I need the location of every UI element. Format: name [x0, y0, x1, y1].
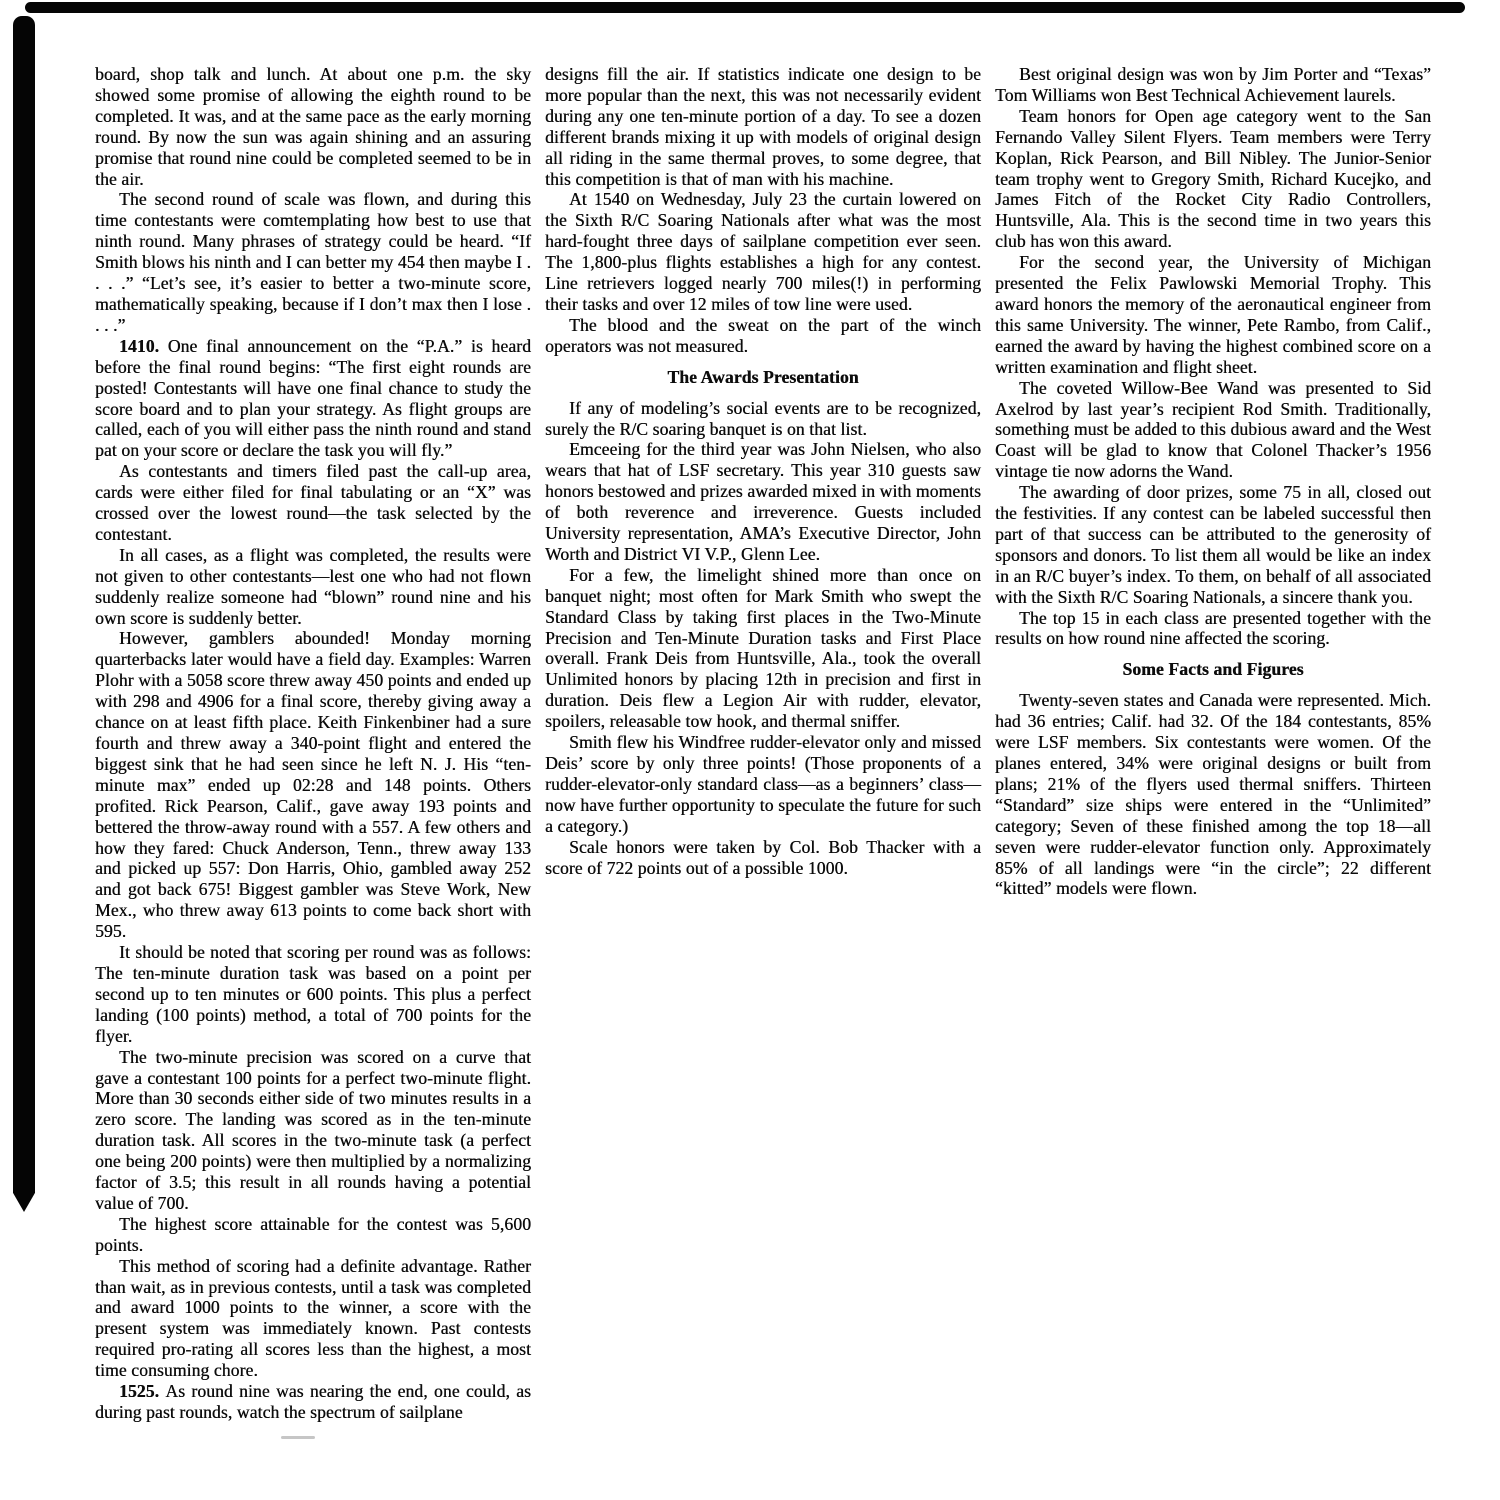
- article-body: board, shop talk and lunch. At about one…: [95, 64, 1437, 1423]
- paragraph: If any of modeling’s social events are t…: [545, 398, 981, 440]
- paragraph: Smith flew his Windfree rudder-elevator …: [545, 732, 981, 837]
- paragraph: Emceeing for the third year was John Nie…: [545, 439, 981, 564]
- paragraph: The two-minute precision was scored on a…: [95, 1047, 531, 1214]
- paragraph: It should be noted that scoring per roun…: [95, 942, 531, 1047]
- paragraph-lead: 1410.: [119, 336, 168, 356]
- paragraph: The awarding of door prizes, some 75 in …: [995, 482, 1431, 607]
- paragraph: At 1540 on Wednesday, July 23 the curtai…: [545, 189, 981, 314]
- paragraph: designs fill the air. If statistics indi…: [545, 64, 981, 189]
- text-column-3: Best original design was won by Jim Port…: [995, 64, 1431, 1423]
- paragraph: Team honors for Open age category went t…: [995, 106, 1431, 252]
- paragraph: This method of scoring had a definite ad…: [95, 1256, 531, 1381]
- paragraph: 1525. As round nine was nearing the end,…: [95, 1381, 531, 1423]
- section-heading: Some Facts and Figures: [995, 659, 1431, 680]
- section-heading: The Awards Presentation: [545, 367, 981, 388]
- paragraph: The coveted Willow-Bee Wand was presente…: [995, 378, 1431, 483]
- magazine-page: board, shop talk and lunch. At about one…: [0, 0, 1500, 1500]
- text-column-2: designs fill the air. If statistics indi…: [545, 64, 981, 1423]
- paragraph: Best original design was won by Jim Port…: [995, 64, 1431, 106]
- paragraph: The second round of scale was flown, and…: [95, 189, 531, 335]
- paragraph: For a few, the limelight shined more tha…: [545, 565, 981, 732]
- paragraph: Scale honors were taken by Col. Bob Thac…: [545, 837, 981, 879]
- paragraph: board, shop talk and lunch. At about one…: [95, 64, 531, 189]
- paragraph: For the second year, the University of M…: [995, 252, 1431, 377]
- paragraph: As contestants and timers filed past the…: [95, 461, 531, 545]
- paragraph: The highest score attainable for the con…: [95, 1214, 531, 1256]
- paragraph-lead: 1525.: [119, 1381, 165, 1401]
- text-column-1: board, shop talk and lunch. At about one…: [95, 64, 531, 1423]
- scan-border-left-artifact: [13, 16, 35, 1212]
- scan-smudge-artifact: [281, 1436, 315, 1439]
- paragraph: The top 15 in each class are presented t…: [995, 608, 1431, 650]
- paragraph: The blood and the sweat on the part of t…: [545, 315, 981, 357]
- paragraph: However, gamblers abounded! Monday morni…: [95, 628, 531, 942]
- paragraph: In all cases, as a flight was completed,…: [95, 545, 531, 629]
- paragraph: 1410. One final announcement on the “P.A…: [95, 336, 531, 461]
- paragraph: Twenty-seven states and Canada were repr…: [995, 690, 1431, 899]
- scan-border-top-artifact: [25, 2, 1465, 13]
